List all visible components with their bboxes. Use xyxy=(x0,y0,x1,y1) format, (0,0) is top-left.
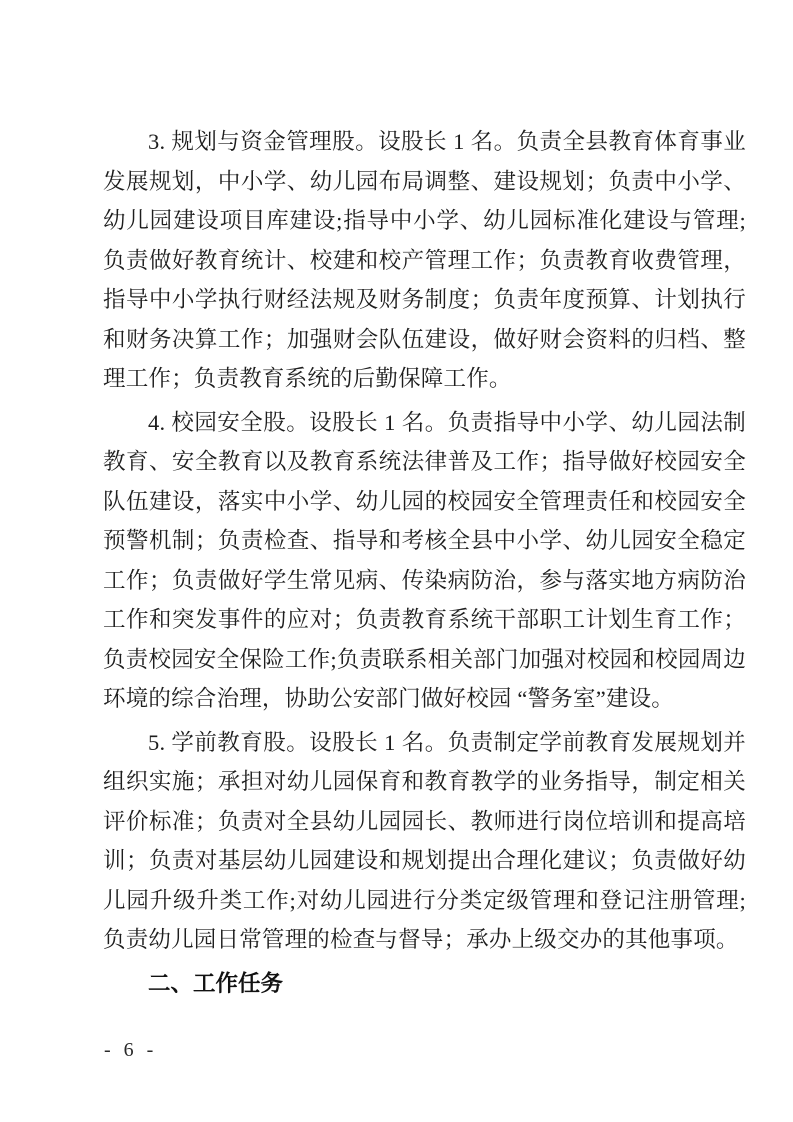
document-body: 3. 规划与资金管理股。设股长 1 名。负责全县教育体育事业发展规划，中小学、幼… xyxy=(103,122,746,1003)
body-paragraph: 4. 校园安全股。设股长 1 名。负责指导中小学、幼儿园法制教育、安全教育以及教… xyxy=(103,403,746,719)
page-number: - 6 - xyxy=(104,1038,157,1062)
body-paragraph: 3. 规划与资金管理股。设股长 1 名。负责全县教育体育事业发展规划，中小学、幼… xyxy=(103,122,746,399)
section-heading: 二、工作任务 xyxy=(103,964,746,1004)
body-paragraph: 5. 学前教育股。设股长 1 名。负责制定学前教育发展规划并组织实施；承担对幼儿… xyxy=(103,723,746,960)
document-page: 3. 规划与资金管理股。设股长 1 名。负责全县教育体育事业发展规划，中小学、幼… xyxy=(0,0,793,1122)
